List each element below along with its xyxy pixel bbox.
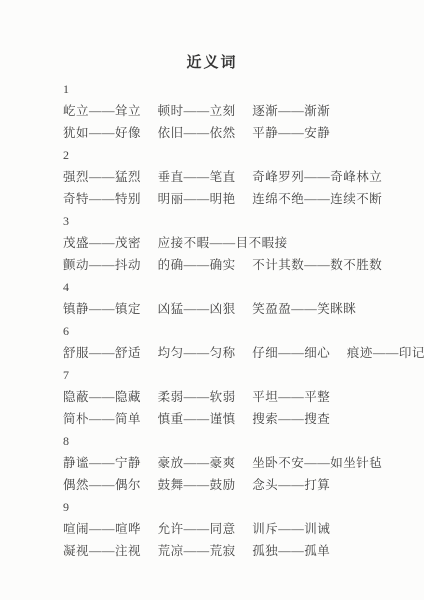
section-3: 3 茂盛——茂密 应接不暇——目不暇接 颤动——抖动 的确——确实 不计其数——…: [63, 210, 414, 276]
synonym-pair: 颤动——抖动: [63, 254, 141, 276]
synonym-pair: 允许——同意: [158, 518, 236, 540]
synonym-pair: 简朴——简单: [63, 408, 141, 430]
synonym-pair: 犹如——好像: [63, 122, 141, 144]
synonym-line: 凝视——注视 荒凉——荒寂 孤独——孤单: [63, 540, 414, 562]
section-7: 7 隐蔽——隐藏 柔弱——软弱 平坦——平整 简朴——简单 慎重——谨慎 搜索—…: [63, 364, 414, 430]
synonym-pair: 鼓舞——鼓励: [158, 474, 236, 496]
synonym-pair: 应接不暇——目不暇接: [158, 232, 288, 254]
synonym-pair: 仔细——细心: [252, 342, 330, 364]
synonym-pair: 凶猛——凶狠: [158, 298, 236, 320]
synonym-pair: 偶然——偶尔: [63, 474, 141, 496]
section-number: 9: [63, 496, 414, 518]
synonym-line: 喧闹——喧哗 允许——同意 训斥——训诫: [63, 518, 414, 540]
synonym-pair: 训斥——训诫: [252, 518, 330, 540]
synonym-line: 颤动——抖动 的确——确实 不计其数——数不胜数: [63, 254, 414, 276]
synonym-pair: 搜索——搜查: [252, 408, 330, 430]
synonym-pair: 笑盈盈——笑眯眯: [252, 298, 356, 320]
synonym-pair: 不计其数——数不胜数: [252, 254, 382, 276]
synonym-pair: 静谧——宁静: [63, 452, 141, 474]
synonym-pair: 垂直——笔直: [158, 166, 236, 188]
section-number: 8: [63, 430, 414, 452]
document-page: 近义词 1 屹立——耸立 顿时——立刻 逐渐——渐渐 犹如——好像 依旧——依然…: [0, 0, 424, 600]
synonym-line: 强烈——猛烈 垂直——笔直 奇峰罗列——奇峰林立: [63, 166, 414, 188]
section-number: 4: [63, 276, 414, 298]
synonym-pair: 奇峰罗列——奇峰林立: [252, 166, 382, 188]
section-number: 6: [63, 320, 414, 342]
synonym-pair: 柔弱——软弱: [158, 386, 236, 408]
synonym-pair: 慎重——谨慎: [158, 408, 236, 430]
synonym-pair: 镇静——镇定: [63, 298, 141, 320]
synonym-pair: 明丽——明艳: [158, 188, 236, 210]
synonym-pair: 逐渐——渐渐: [252, 100, 330, 122]
synonym-pair: 隐蔽——隐藏: [63, 386, 141, 408]
document-content: 1 屹立——耸立 顿时——立刻 逐渐——渐渐 犹如——好像 依旧——依然 平静—…: [0, 74, 424, 562]
synonym-pair: 痕迹——印记: [347, 342, 424, 364]
synonym-pair: 荒凉——荒寂: [158, 540, 236, 562]
section-number: 7: [63, 364, 414, 386]
synonym-pair: 依旧——依然: [158, 122, 236, 144]
section-6: 6 舒服——舒适 均匀——匀称 仔细——细心 痕迹——印记: [63, 320, 414, 364]
synonym-pair: 平静——安静: [252, 122, 330, 144]
section-1: 1 屹立——耸立 顿时——立刻 逐渐——渐渐 犹如——好像 依旧——依然 平静—…: [63, 78, 414, 144]
section-number: 2: [63, 144, 414, 166]
synonym-pair: 孤独——孤单: [252, 540, 330, 562]
synonym-pair: 舒服——舒适: [63, 342, 141, 364]
section-number: 3: [63, 210, 414, 232]
synonym-pair: 强烈——猛烈: [63, 166, 141, 188]
section-4: 4 镇静——镇定 凶猛——凶狠 笑盈盈——笑眯眯: [63, 276, 414, 320]
synonym-line: 奇特——特别 明丽——明艳 连绵不绝——连续不断: [63, 188, 414, 210]
synonym-line: 隐蔽——隐藏 柔弱——软弱 平坦——平整: [63, 386, 414, 408]
synonym-pair: 念头——打算: [252, 474, 330, 496]
synonym-pair: 奇特——特别: [63, 188, 141, 210]
page-title: 近义词: [0, 0, 424, 74]
section-2: 2 强烈——猛烈 垂直——笔直 奇峰罗列——奇峰林立 奇特——特别 明丽——明艳…: [63, 144, 414, 210]
synonym-line: 镇静——镇定 凶猛——凶狠 笑盈盈——笑眯眯: [63, 298, 414, 320]
synonym-line: 茂盛——茂密 应接不暇——目不暇接: [63, 232, 414, 254]
synonym-pair: 连绵不绝——连续不断: [252, 188, 382, 210]
synonym-pair: 的确——确实: [158, 254, 236, 276]
synonym-pair: 屹立——耸立: [63, 100, 141, 122]
synonym-pair: 坐卧不安——如坐针毡: [252, 452, 382, 474]
synonym-line: 舒服——舒适 均匀——匀称 仔细——细心 痕迹——印记: [63, 342, 414, 364]
synonym-pair: 茂盛——茂密: [63, 232, 141, 254]
synonym-pair: 平坦——平整: [252, 386, 330, 408]
synonym-pair: 豪放——豪爽: [158, 452, 236, 474]
synonym-pair: 喧闹——喧哗: [63, 518, 141, 540]
section-9: 9 喧闹——喧哗 允许——同意 训斥——训诫 凝视——注视 荒凉——荒寂 孤独—…: [63, 496, 414, 562]
synonym-pair: 顿时——立刻: [158, 100, 236, 122]
synonym-line: 静谧——宁静 豪放——豪爽 坐卧不安——如坐针毡: [63, 452, 414, 474]
synonym-pair: 均匀——匀称: [158, 342, 236, 364]
synonym-line: 简朴——简单 慎重——谨慎 搜索——搜查: [63, 408, 414, 430]
synonym-line: 屹立——耸立 顿时——立刻 逐渐——渐渐: [63, 100, 414, 122]
synonym-line: 犹如——好像 依旧——依然 平静——安静: [63, 122, 414, 144]
synonym-line: 偶然——偶尔 鼓舞——鼓励 念头——打算: [63, 474, 414, 496]
section-8: 8 静谧——宁静 豪放——豪爽 坐卧不安——如坐针毡 偶然——偶尔 鼓舞——鼓励…: [63, 430, 414, 496]
synonym-pair: 凝视——注视: [63, 540, 141, 562]
section-number: 1: [63, 78, 414, 100]
